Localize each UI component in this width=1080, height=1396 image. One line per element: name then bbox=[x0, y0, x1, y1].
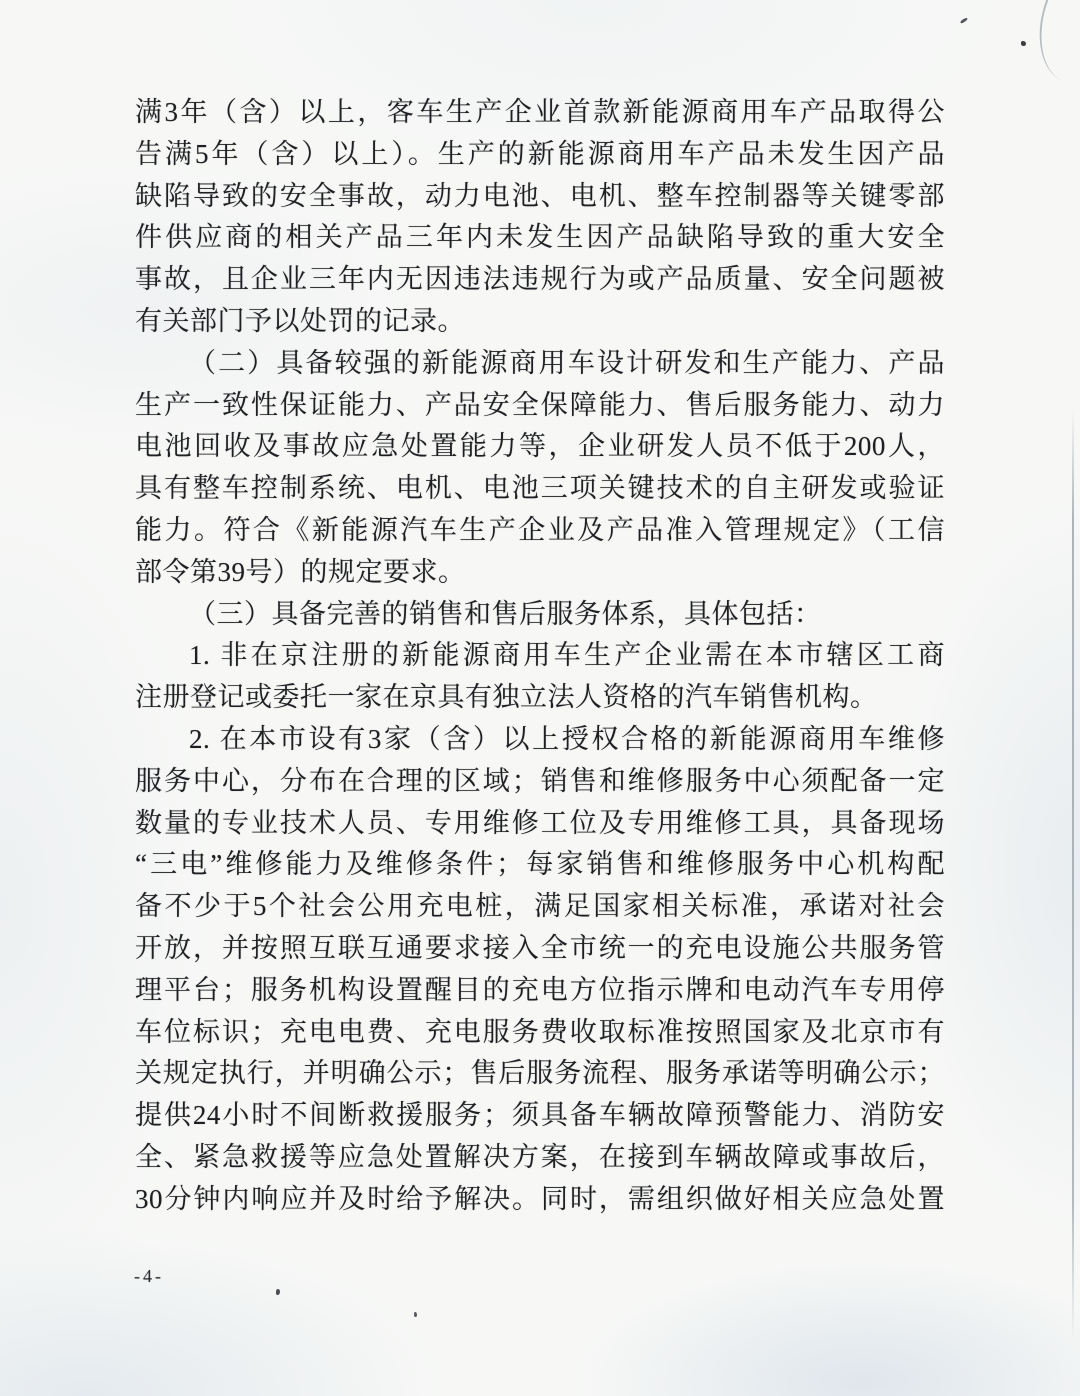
doc-line: 注册登记或委托一家在京具有独立法人资格的汽车销售机构。 bbox=[135, 677, 945, 719]
scan-speck bbox=[276, 1289, 280, 1295]
doc-line: 30分钟内响应并及时给予解决。同时，需组织做好相关应急处置 bbox=[135, 1179, 945, 1221]
doc-line: 缺陷导致的安全事故，动力电池、电机、整车控制器等关键零部 bbox=[135, 176, 945, 218]
doc-line: 告满5年（含）以上）。生产的新能源商用车产品未发生因产品 bbox=[135, 134, 945, 176]
doc-line: 具有整车控制系统、电机、电池三项关键技术的自主研发或验证 bbox=[135, 468, 945, 510]
doc-line-item-2: 2. 在本市设有3家（含）以上授权合格的新能源商用车维修 bbox=[135, 719, 945, 761]
doc-line: 电池回收及事故应急处置能力等，企业研发人员不低于200人， bbox=[135, 426, 945, 468]
doc-line: 提供24小时不间断救援服务；须具备车辆故障预警能力、消防安 bbox=[135, 1095, 945, 1137]
scan-corner-mark bbox=[1027, 0, 1080, 92]
doc-line: 生产一致性保证能力、产品安全保障能力、售后服务能力、动力 bbox=[135, 385, 945, 427]
doc-line: 全、紧急救援等应急处置解决方案，在接到车辆故障或事故后， bbox=[135, 1137, 945, 1179]
doc-line: 能力。符合《新能源汽车生产企业及产品准入管理规定》（工信 bbox=[135, 510, 945, 552]
doc-line: 件供应商的相关产品三年内未发生因产品缺陷导致的重大安全 bbox=[135, 217, 945, 259]
scanned-document-page: 满3年（含）以上，客车生产企业首款新能源商用车产品取得公 告满5年（含）以上）。… bbox=[0, 0, 1080, 1396]
doc-line: 满3年（含）以上，客车生产企业首款新能源商用车产品取得公 bbox=[135, 92, 945, 134]
doc-line: 理平台；服务机构设置醒目的充电方位指示牌和电动汽车专用停 bbox=[135, 970, 945, 1012]
doc-line: 数量的专业技术人员、专用维修工位及专用维修工具，具备现场 bbox=[135, 803, 945, 845]
doc-line: 备不少于5个社会公用充电桩，满足国家相关标准，承诺对社会 bbox=[135, 886, 945, 928]
scan-speck bbox=[960, 17, 968, 24]
doc-line: 车位标识；充电电费、充电服务费收取标准按照国家及北京市有 bbox=[135, 1012, 945, 1054]
scan-speck bbox=[1021, 41, 1026, 46]
doc-line: “三电”维修能力及维修条件；每家销售和维修服务中心机构配 bbox=[135, 844, 945, 886]
scan-speck bbox=[414, 1312, 417, 1317]
doc-line-item-1: 1. 非在京注册的新能源商用车生产企业需在本市辖区工商 bbox=[135, 635, 945, 677]
doc-line: 关规定执行，并明确公示；售后服务流程、服务承诺等明确公示； bbox=[135, 1053, 945, 1095]
doc-line-section-2-heading: （二）具备较强的新能源商用车设计研发和生产能力、产品 bbox=[135, 343, 945, 385]
doc-line: 有关部门予以处罚的记录。 bbox=[135, 301, 945, 343]
doc-line-section-3-heading: （三）具备完善的销售和售后服务体系，具体包括： bbox=[135, 594, 945, 636]
document-body: 满3年（含）以上，客车生产企业首款新能源商用车产品取得公 告满5年（含）以上）。… bbox=[135, 92, 945, 1221]
doc-line: 部令第39号）的规定要求。 bbox=[135, 552, 945, 594]
doc-line: 事故，且企业三年内无因违法违规行为或产品质量、安全问题被 bbox=[135, 259, 945, 301]
scan-edge-line bbox=[1072, 410, 1074, 1340]
doc-line: 开放，并按照互联互通要求接入全市统一的充电设施公共服务管 bbox=[135, 928, 945, 970]
page-number: -4- bbox=[134, 1266, 164, 1287]
doc-line: 服务中心，分布在合理的区域；销售和维修服务中心须配备一定 bbox=[135, 761, 945, 803]
